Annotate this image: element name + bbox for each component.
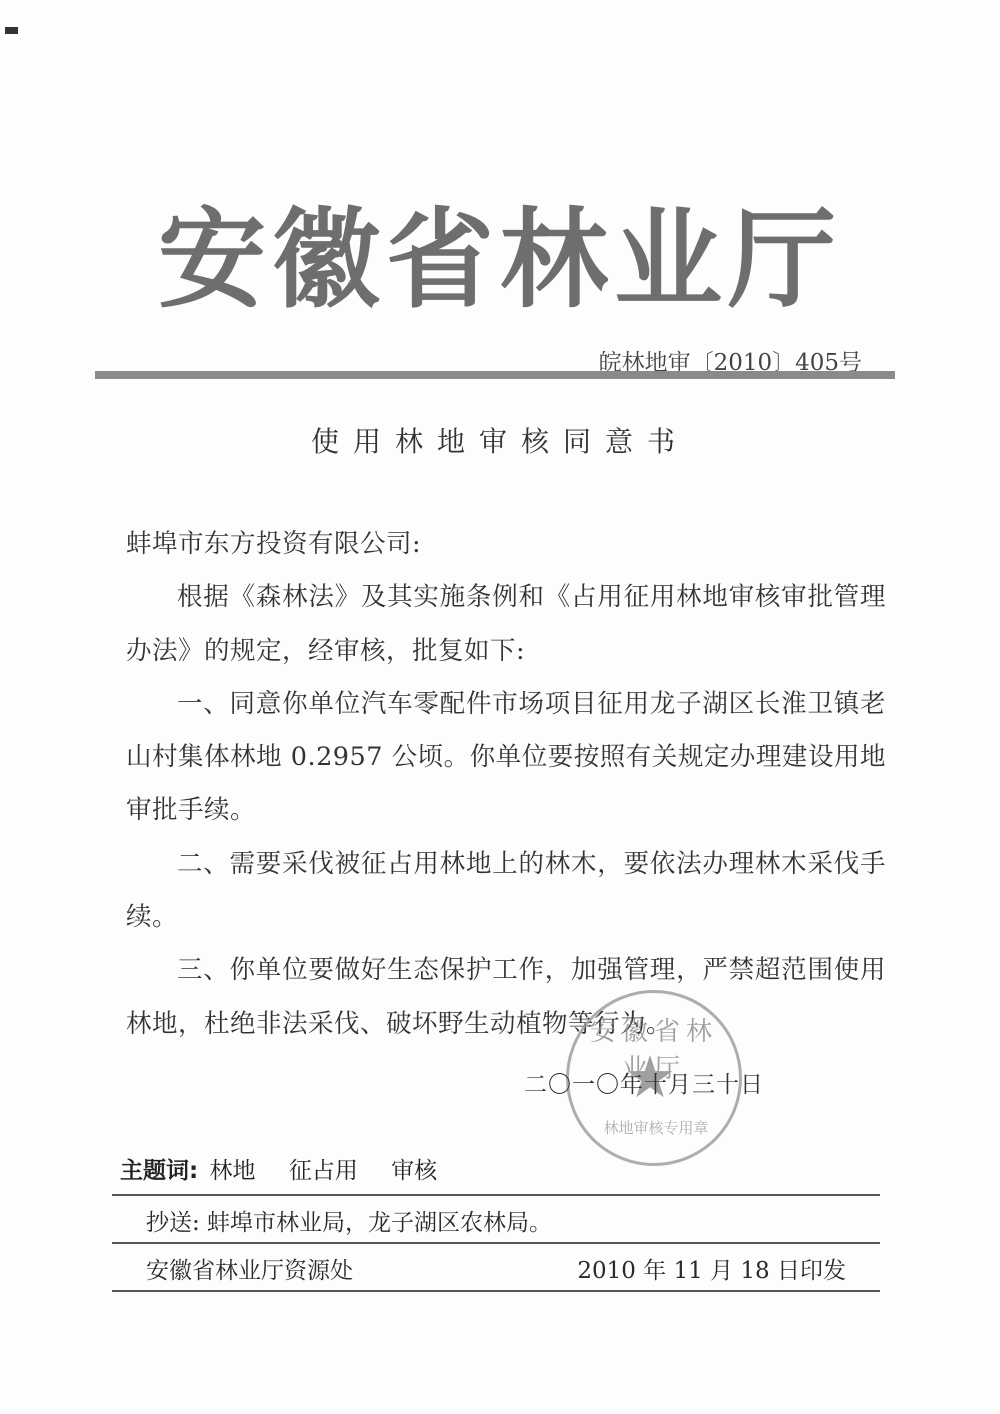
keywords-label: 主题词: bbox=[120, 1158, 198, 1184]
agency-header: 安徽省林业厅 bbox=[140, 196, 860, 326]
addressee: 蚌埠市东方投资有限公司: bbox=[126, 518, 886, 571]
document-date: 二〇一〇年十月三十日 bbox=[524, 1066, 764, 1099]
paragraph-item-1: 一、同意你单位汽车零配件市场项目征用龙子湖区长淮卫镇老山村集体林地 0.2957… bbox=[126, 678, 886, 838]
keyword: 林地 bbox=[210, 1158, 256, 1184]
keywords-line: 主题词: 林地 征占用 审核 bbox=[120, 1152, 890, 1185]
issue-date: 2010 年 11 月 18 日印发 bbox=[577, 1252, 846, 1285]
footer-divider bbox=[112, 1194, 880, 1196]
header-rule bbox=[95, 371, 895, 379]
seal-bottom-text: 林地审核专用章 bbox=[591, 1117, 721, 1138]
paragraph-item-3: 三、你单位要做好生态保护工作，加强管理，严禁超范围使用林地，杜绝非法采伐、破坏野… bbox=[126, 944, 886, 1051]
paragraph-intro: 根据《森林法》及其实施条例和《占用征用林地审核审批管理办法》的规定，经审核，批复… bbox=[126, 571, 886, 678]
document-body: 蚌埠市东方投资有限公司: 根据《森林法》及其实施条例和《占用征用林地审核审批管理… bbox=[126, 518, 886, 1051]
scan-mark bbox=[5, 27, 18, 34]
keyword: 征占用 bbox=[289, 1158, 358, 1184]
issuer-line: 安徽省林业厅资源处 2010 年 11 月 18 日印发 bbox=[146, 1252, 846, 1285]
issuer: 安徽省林业厅资源处 bbox=[146, 1252, 353, 1285]
document-title: 使用林地审核同意书 bbox=[0, 420, 1000, 460]
cc-line: 抄送: 蚌埠市林业局，龙子湖区农林局。 bbox=[146, 1204, 916, 1237]
paragraph-item-2: 二、需要采伐被征占用林地上的林木，要依法办理林木采伐手续。 bbox=[126, 838, 886, 945]
footer-divider bbox=[112, 1290, 880, 1292]
keyword: 审核 bbox=[391, 1158, 437, 1184]
footer-divider bbox=[112, 1242, 880, 1244]
